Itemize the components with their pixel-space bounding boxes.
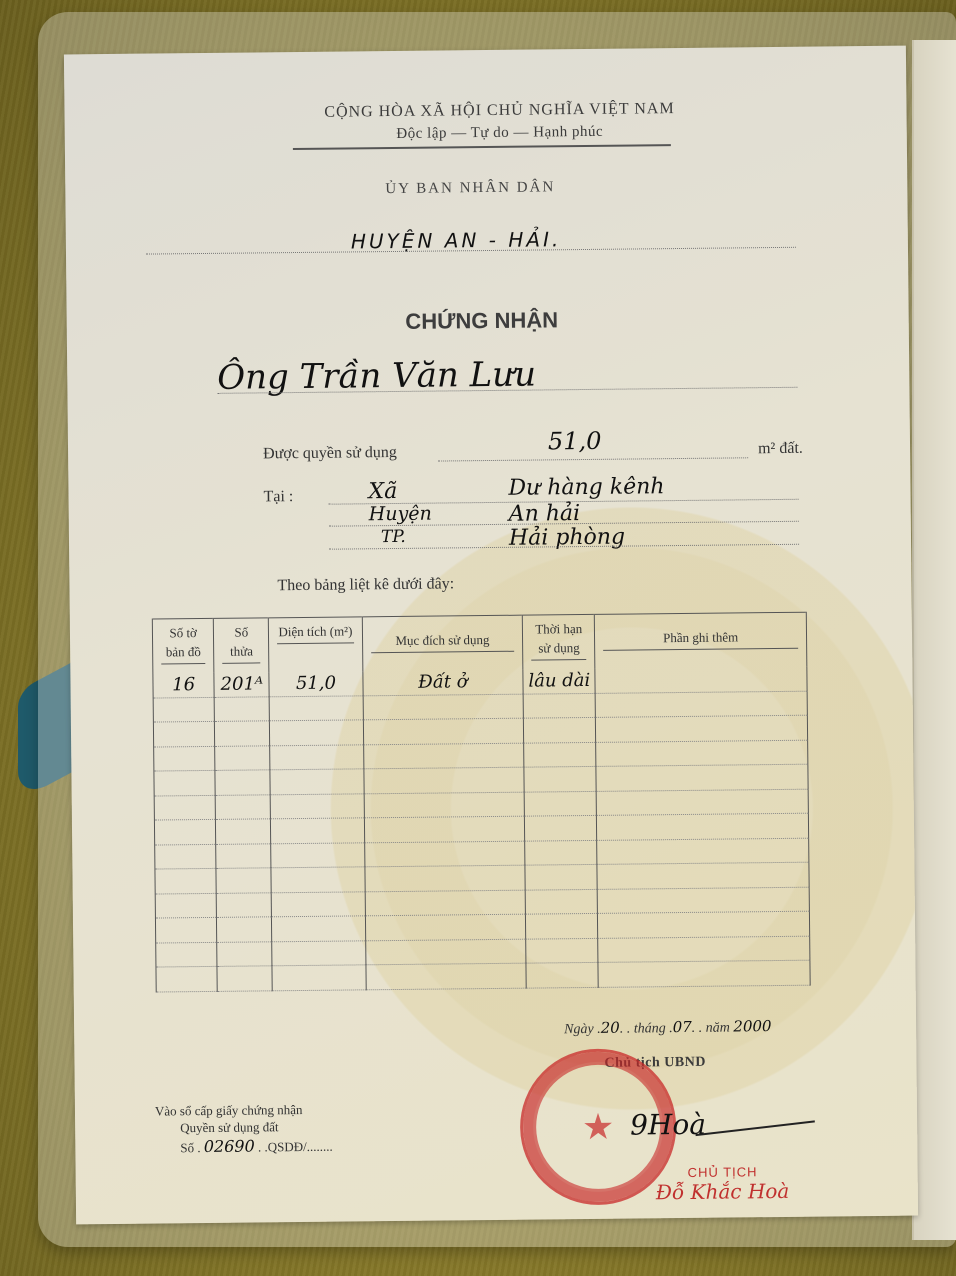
certificate-title: CHỨNG NHẬN: [362, 307, 602, 336]
cell-purpose: Đất ở: [362, 670, 523, 696]
cell-parcel-no: 201ᴬ: [214, 672, 269, 697]
signature: 9Hoà: [630, 1108, 706, 1142]
star-emblem-icon: ★: [582, 1106, 615, 1148]
stamp-title: CHỦ TỊCH: [688, 1164, 758, 1180]
cell-area: 51,0: [269, 671, 362, 696]
stamp-name: Đỗ Khắc Hoà: [656, 1179, 790, 1204]
national-motto: Độc lập — Tự do — Hạnh phúc: [290, 123, 710, 144]
usage-unit: m² đất.: [758, 440, 803, 458]
land-parcel-table: Số tờ bản đồ Số thửa Diện tích (m²) Mục …: [152, 612, 811, 992]
cell-notes: [595, 667, 807, 693]
registration-line-1: Vào sổ cấp giấy chứng nhận: [155, 1102, 303, 1120]
header-divider: [293, 144, 671, 150]
location-district-prefix: Huyện: [369, 503, 432, 526]
signature-stroke: [695, 1120, 814, 1136]
col-purpose: Mục đích sử dụng: [362, 615, 523, 671]
location-commune: Dư hàng kênh: [508, 474, 664, 501]
usage-right-label: Được quyền sử dụng: [263, 444, 397, 463]
country-header: CỘNG HÒA XÃ HỘI CHỦ NGHĨA VIỆT NAM: [289, 100, 709, 122]
col-term: Thời hạn sử dụng: [523, 614, 596, 669]
list-label: Theo bảng liệt kê dưới đây:: [277, 575, 454, 595]
dotted-line: [438, 457, 748, 461]
issue-date: Ngày .20. . tháng .07. . năm 2000: [564, 1017, 772, 1038]
issuer-label: ỦY BAN NHÂN DÂN: [320, 179, 620, 199]
col-map-sheet: Số tờ bản đồ: [152, 618, 214, 673]
cell-map-sheet: 16: [153, 673, 215, 698]
usage-area-value: 51,0: [548, 427, 602, 456]
col-area: Diện tích (m²): [269, 617, 363, 672]
location-commune-prefix: Xã: [368, 479, 397, 504]
col-parcel-no: Số thửa: [214, 618, 270, 673]
registration-line-2: Quyền sử dụng đất: [180, 1119, 279, 1136]
registration-number: Số . 02690 . .QSDĐ/........: [180, 1136, 333, 1157]
col-notes: Phần ghi thêm: [595, 612, 807, 669]
adjacent-page: [912, 40, 956, 1240]
location-label: Tại :: [263, 488, 293, 506]
location-city-prefix: TP.: [381, 527, 406, 547]
land-use-certificate: CỘNG HÒA XÃ HỘI CHỦ NGHĨA VIỆT NAM Độc l…: [64, 46, 918, 1225]
cell-term: lâu dài: [523, 669, 595, 694]
